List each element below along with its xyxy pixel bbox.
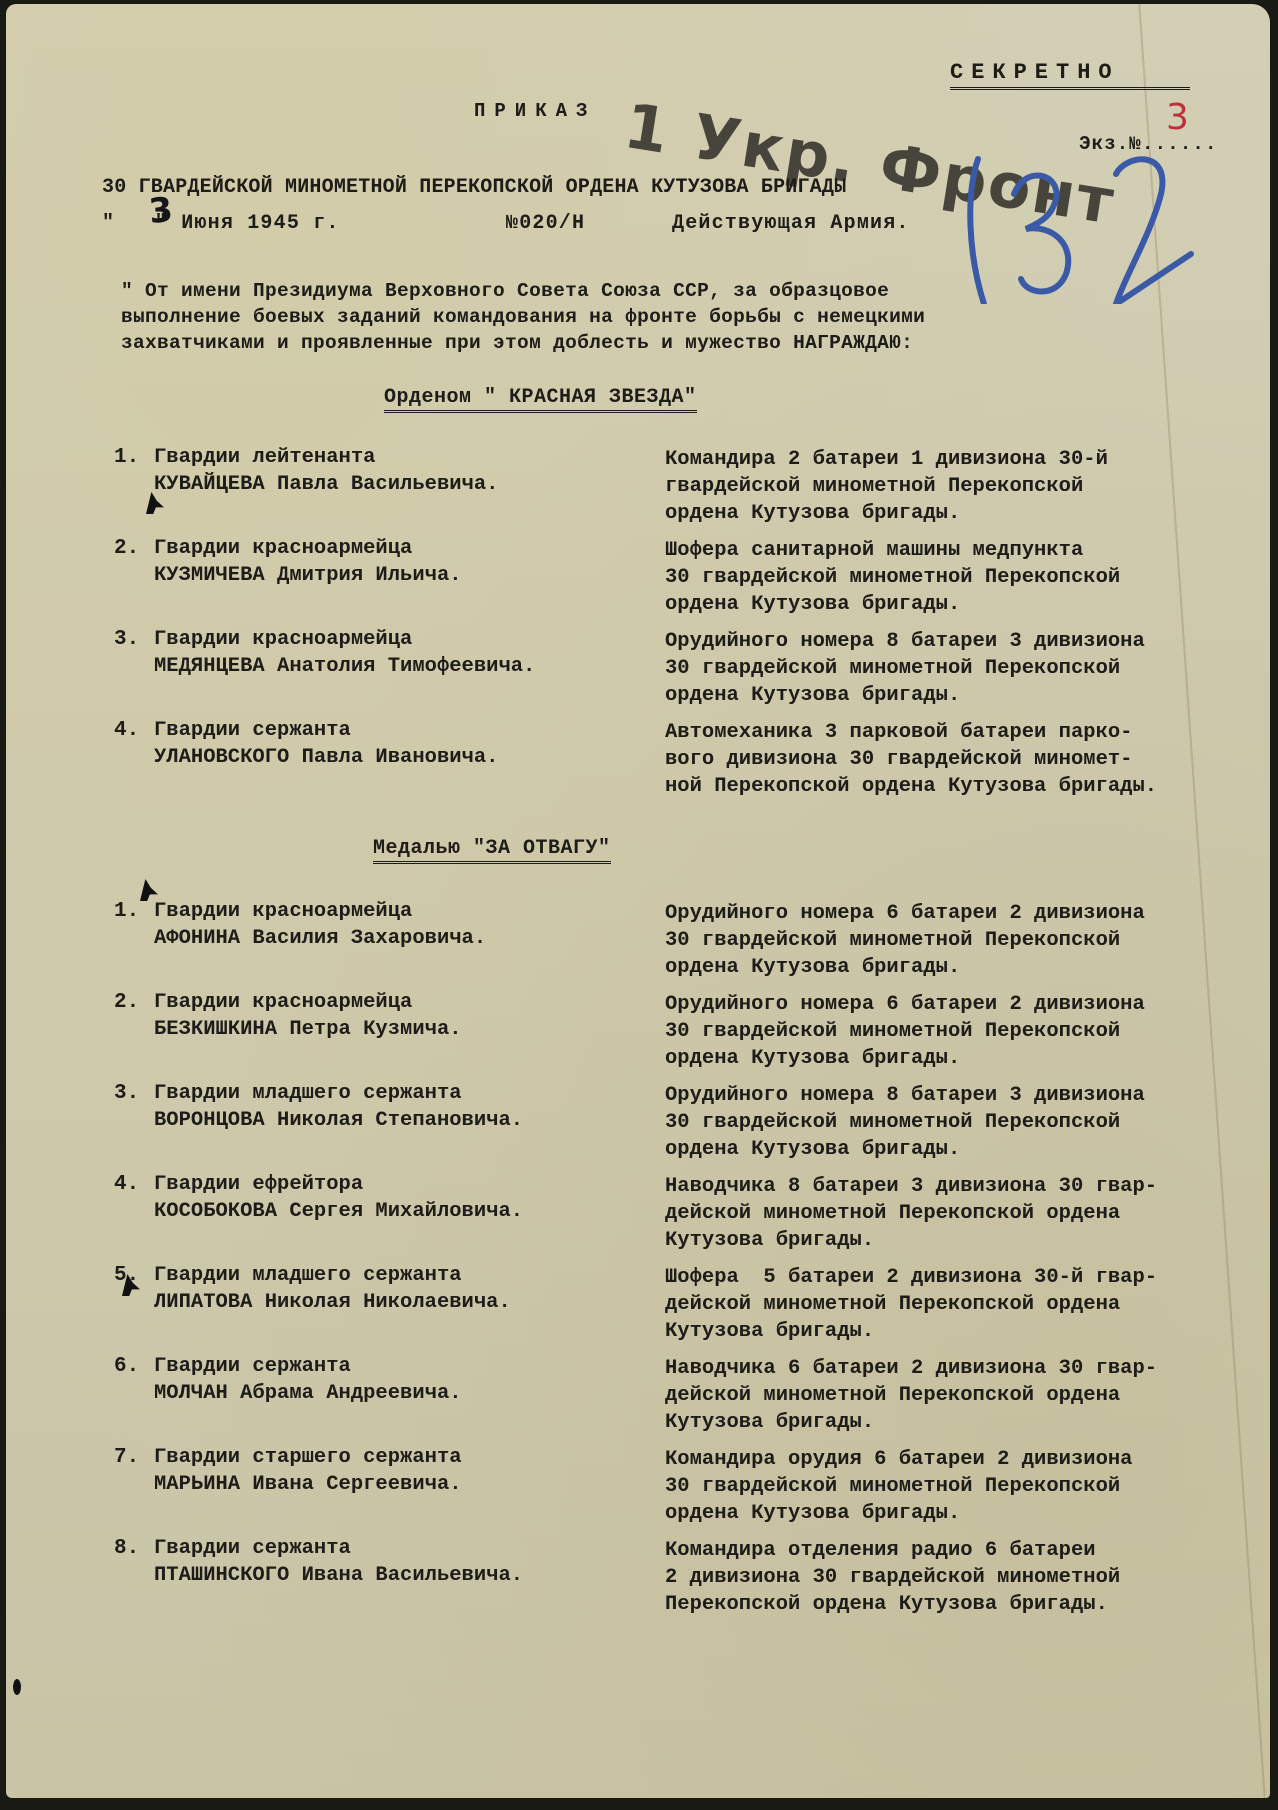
award-description: Командира 2 батареи 1 дивизиона 30-йгвар…: [665, 446, 1278, 527]
preamble-line-1: " От имени Президиума Верховного Совета …: [121, 278, 889, 305]
award-rank: Гвардии красноармейца: [154, 900, 412, 923]
award-number: 3.: [114, 628, 139, 651]
preamble-line-3: захватчиками и проявленные при этом добл…: [121, 330, 913, 357]
preamble-line-2: выполнение боевых заданий командования н…: [121, 304, 925, 331]
award-description: Орудийного номера 6 батареи 2 дивизиона3…: [665, 900, 1278, 981]
award-recipient: ПТАШИНСКОГО Ивана Васильевича.: [154, 1564, 523, 1587]
award-rank: Гвардии младшего сержанта: [154, 1264, 462, 1287]
award-recipient: ВОРОНЦОВА Николая Степановича.: [154, 1109, 523, 1132]
award-recipient: КУВАЙЦЕВА Павла Васильевича.: [154, 473, 498, 496]
award-description: Орудийного номера 6 батареи 2 дивизиона3…: [665, 991, 1278, 1072]
award-number: 1.: [114, 446, 139, 469]
order-date: " " Июня 1945 г.: [102, 210, 340, 237]
award-number: 7.: [114, 1446, 139, 1469]
award-description: Орудийного номера 8 батареи 3 дивизиона3…: [665, 628, 1278, 709]
award-rank: Гвардии красноармейца: [154, 537, 412, 560]
classification-underline: [950, 87, 1190, 93]
award-recipient: КОСОБОКОВА Сергея Михайловича.: [154, 1200, 523, 1223]
order-number: №020/Н: [506, 210, 585, 237]
award-description: Шофера 5 батареи 2 дивизиона 30-й гвар-д…: [665, 1264, 1278, 1345]
award-rank: Гвардии сержанта: [154, 719, 351, 742]
award-description: Наводчика 8 батареи 3 дивизиона 30 гвар-…: [665, 1173, 1278, 1254]
award-description: Орудийного номера 8 батареи 3 дивизиона3…: [665, 1082, 1278, 1163]
award-number: 1.: [114, 900, 139, 923]
award-recipient: ЛИПАТОВА Николая Николаевича.: [154, 1291, 511, 1314]
award-description: Командира отделения радио 6 батареи2 див…: [665, 1537, 1278, 1618]
award-number: 8.: [114, 1537, 139, 1560]
order-title: ПРИКАЗ: [474, 98, 596, 125]
handwritten-mark-icon: [966, 154, 1226, 304]
award-rank: Гвардии младшего сержанта: [154, 1082, 462, 1105]
award-number: 2.: [114, 991, 139, 1014]
punch-hole: [13, 1679, 21, 1695]
award-number: 4.: [114, 1173, 139, 1196]
section-title-red-star: Орденом " КРАСНАЯ ЗВЕЗДА": [384, 386, 697, 413]
award-description: Командира орудия 6 батареи 2 дивизиона30…: [665, 1446, 1278, 1527]
army-label: Действующая Армия.: [672, 210, 910, 237]
award-rank: Гвардии красноармейца: [154, 991, 412, 1014]
award-rank: Гвардии красноармейца: [154, 628, 412, 651]
award-rank: Гвардии сержанта: [154, 1537, 351, 1560]
classification-label: СЕКРЕТНО: [950, 59, 1120, 86]
document-page: СЕКРЕТНО ПРИКАЗ 1 Укр. Фронт Экз.№......…: [6, 4, 1270, 1798]
award-recipient: КУЗМИЧЕВА Дмитрия Ильича.: [154, 564, 462, 587]
award-description: Автомеханика 3 парковой батареи парко-во…: [665, 719, 1278, 800]
award-number: 6.: [114, 1355, 139, 1378]
award-recipient: МОЛЧАН Абрама Андреевича.: [154, 1382, 462, 1405]
award-recipient: АФОНИНА Василия Захаровича.: [154, 927, 486, 950]
award-rank: Гвардии старшего сержанта: [154, 1446, 462, 1469]
ink-check-mark-icon: [140, 879, 158, 901]
award-number: 2.: [114, 537, 139, 560]
section-title-for-courage: Медалью "ЗА ОТВАГУ": [373, 837, 611, 864]
award-description: Шофера санитарной машины медпункта30 гва…: [665, 537, 1278, 618]
award-recipient: БЕЗКИШКИНА Петра Кузмича.: [154, 1018, 462, 1041]
award-rank: Гвардии ефрейтора: [154, 1173, 363, 1196]
award-rank: Гвардии лейтенанта: [154, 446, 375, 469]
award-number: 3.: [114, 1082, 139, 1105]
award-recipient: МЕДЯНЦЕВА Анатолия Тимофеевича.: [154, 655, 535, 678]
award-description: Наводчика 6 батареи 2 дивизиона 30 гвар-…: [665, 1355, 1278, 1436]
copy-number: 3: [1166, 97, 1189, 138]
award-recipient: УЛАНОВСКОГО Павла Ивановича.: [154, 746, 498, 769]
award-number: 4.: [114, 719, 139, 742]
award-rank: Гвардии сержанта: [154, 1355, 351, 1378]
order-date-day: 3: [147, 190, 175, 232]
award-recipient: МАРЬИНА Ивана Сергеевича.: [154, 1473, 462, 1496]
unit-name: 30 ГВАРДЕЙСКОЙ МИНОМЕТНОЙ ПЕРЕКОПСКОЙ ОР…: [102, 174, 846, 201]
